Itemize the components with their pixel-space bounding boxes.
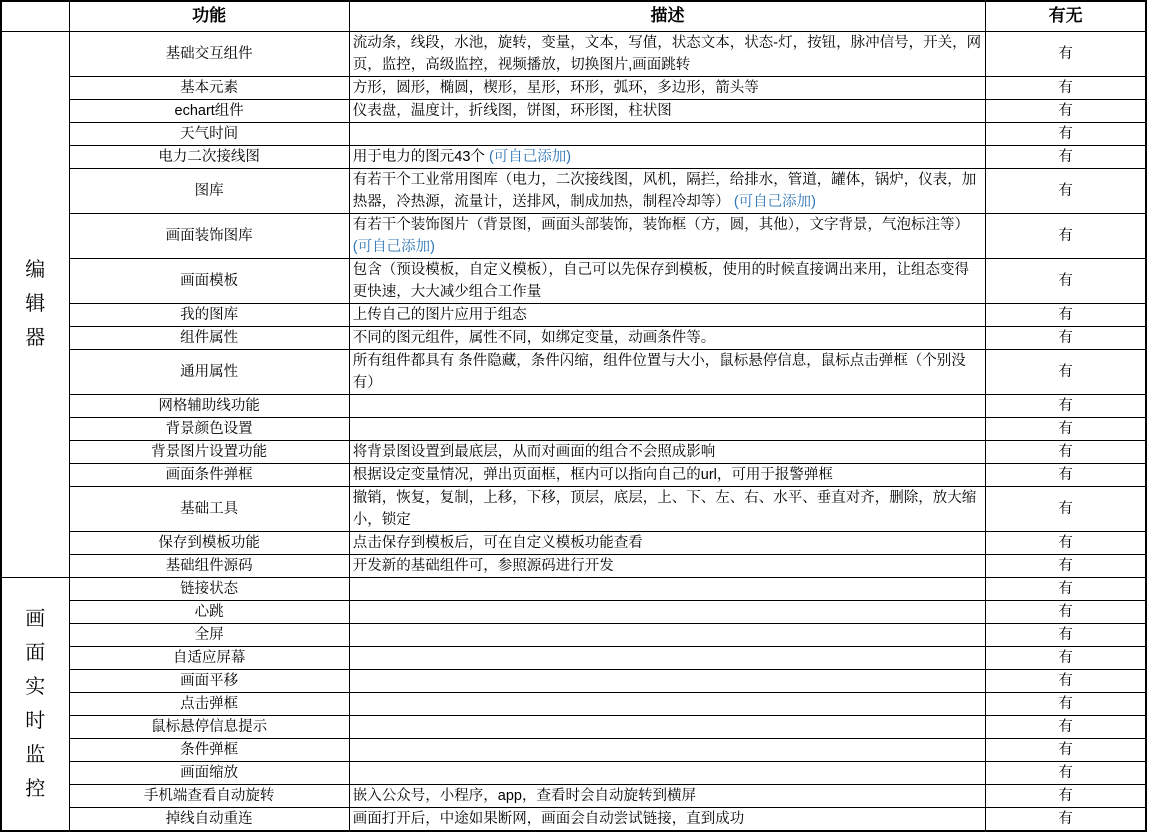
table-row: 画面实时监控链接状态 有 [1,577,1146,600]
function-cell: 画面装饰图库 [69,213,349,258]
table-row: 基本元素 方形，圆形，椭圆，楔形，星形，环形，弧环，多边形，箭头等 有 [1,76,1146,99]
table-row: 网格辅助线功能 有 [1,394,1146,417]
availability-cell: 有 [986,258,1146,303]
function-cell: 背景颜色设置 [69,417,349,440]
table-row: 掉线自动重连 画面打开后，中途如果断网，画面会自动尝试链接，直到成功 有 [1,807,1146,831]
description-cell: 上传自己的图片应用于组态 [349,303,986,326]
description-text: 包含（预设模板，自定义模板），自己可以先保存到模板，使用的时候直接调出来用，让组… [353,262,969,300]
description-cell: 方形，圆形，椭圆，楔形，星形，环形，弧环，多边形，箭头等 [349,76,986,99]
function-cell: 手机端查看自动旋转 [69,784,349,807]
table-row: 画面模板 包含（预设模板，自定义模板），自己可以先保存到模板，使用的时候直接调出… [1,258,1146,303]
header-description: 描述 [349,1,986,31]
function-cell: 点击弹框 [69,692,349,715]
table-row: 电力二次接线图 用于电力的图元43个 (可自己添加) 有 [1,145,1146,168]
function-cell: 掉线自动重连 [69,807,349,831]
function-cell: 基础工具 [69,486,349,531]
description-text: 上传自己的图片应用于组态 [353,307,527,323]
table-header: 功能 描述 有无 [1,1,1146,31]
description-text: 不同的图元组件，属性不同，如绑定变量，动画条件等。 [353,330,716,346]
description-cell [349,715,986,738]
function-cell: 画面缩放 [69,761,349,784]
availability-cell: 有 [986,692,1146,715]
table-row: 基础工具 撤销，恢复，复制，上移，下移，顶层，底层，上、下、左、右、水平、垂直对… [1,486,1146,531]
description-cell [349,577,986,600]
availability-cell: 有 [986,326,1146,349]
table-row: 组件属性 不同的图元组件，属性不同，如绑定变量，动画条件等。 有 [1,326,1146,349]
availability-cell: 有 [986,213,1146,258]
availability-cell: 有 [986,623,1146,646]
availability-cell: 有 [986,122,1146,145]
description-cell: 有若干个装饰图片（背景图，画面头部装饰，装饰框（方，圆，其他），文字背景，气泡标… [349,213,986,258]
table-row: 保存到模板功能 点击保存到模板后，可在自定义模板功能查看 有 [1,531,1146,554]
function-cell: 基础组件源码 [69,554,349,577]
table-row: 天气时间 有 [1,122,1146,145]
function-cell: 心跳 [69,600,349,623]
availability-cell: 有 [986,577,1146,600]
availability-cell: 有 [986,738,1146,761]
function-cell: 我的图库 [69,303,349,326]
group-label-cell: 编辑器 [1,31,69,577]
header-group [1,1,69,31]
table-row: 背景图片设置功能 将背景图设置到最底层，从而对画面的组合不会照成影响 有 [1,440,1146,463]
table-row: 画面平移 有 [1,669,1146,692]
function-cell: 通用属性 [69,349,349,394]
description-text: 流动条，线段，水池，旋转，变量，文本，写值，状态文本，状态-灯，按钮，脉冲信号，… [353,35,981,73]
availability-cell: 有 [986,31,1146,76]
description-text: 方形，圆形，椭圆，楔形，星形，环形，弧环，多边形，箭头等 [353,80,759,96]
description-cell: 根据设定变量情况，弹出页面框，框内可以指向自己的url，可用于报警弹框 [349,463,986,486]
table-row: 点击弹框 有 [1,692,1146,715]
table-row: 手机端查看自动旋转 嵌入公众号，小程序，app，查看时会自动旋转到横屏 有 [1,784,1146,807]
table-row: 心跳 有 [1,600,1146,623]
description-cell: 画面打开后，中途如果断网，画面会自动尝试链接，直到成功 [349,807,986,831]
description-text: 所有组件都具有 条件隐藏，条件闪缩，组件位置与大小，鼠标悬停信息，鼠标点击弹框（… [353,353,966,391]
header-availability: 有无 [986,1,1146,31]
group-label-cell: 画面实时监控 [1,577,69,831]
availability-cell: 有 [986,394,1146,417]
function-cell: 组件属性 [69,326,349,349]
description-cell: 有若干个工业常用图库（电力，二次接线图，风机，隔拦，给排水，管道，罐体，锅炉，仪… [349,168,986,213]
table-row: 自适应屏幕 有 [1,646,1146,669]
table-row: 鼠标悬停信息提示 有 [1,715,1146,738]
table-row: 画面装饰图库 有若干个装饰图片（背景图，画面头部装饰，装饰框（方，圆，其他），文… [1,213,1146,258]
availability-cell: 有 [986,715,1146,738]
description-text: 开发新的基础组件可，参照源码进行开发 [353,558,614,574]
availability-cell: 有 [986,168,1146,213]
description-cell [349,692,986,715]
function-cell: 鼠标悬停信息提示 [69,715,349,738]
availability-cell: 有 [986,76,1146,99]
availability-cell: 有 [986,99,1146,122]
table-row: 图库 有若干个工业常用图库（电力，二次接线图，风机，隔拦，给排水，管道，罐体，锅… [1,168,1146,213]
description-cell [349,600,986,623]
function-cell: 电力二次接线图 [69,145,349,168]
description-cell: 所有组件都具有 条件隐藏，条件闪缩，组件位置与大小，鼠标悬停信息，鼠标点击弹框（… [349,349,986,394]
function-cell: 背景图片设置功能 [69,440,349,463]
description-text: 用于电力的图元43个 [353,149,489,165]
description-text: 仪表盘，温度计，折线图，饼图，环形图，柱状图 [353,103,672,119]
description-cell: 仪表盘，温度计，折线图，饼图，环形图，柱状图 [349,99,986,122]
add-yourself-link[interactable]: (可自己添加) [489,149,571,165]
description-cell [349,394,986,417]
table-row: 基础组件源码 开发新的基础组件可，参照源码进行开发 有 [1,554,1146,577]
table-body: 编辑器基础交互组件 流动条，线段，水池，旋转，变量，文本，写值，状态文本，状态-… [1,31,1146,831]
description-cell [349,417,986,440]
description-cell: 流动条，线段，水池，旋转，变量，文本，写值，状态文本，状态-灯，按钮，脉冲信号，… [349,31,986,76]
add-yourself-link[interactable]: (可自己添加) [734,194,816,210]
availability-cell: 有 [986,600,1146,623]
description-text: 嵌入公众号，小程序，app，查看时会自动旋转到横屏 [353,788,696,804]
description-cell: 嵌入公众号，小程序，app，查看时会自动旋转到横屏 [349,784,986,807]
add-yourself-link[interactable]: (可自己添加) [353,239,435,255]
description-text: 将背景图设置到最底层，从而对画面的组合不会照成影响 [353,444,716,460]
availability-cell: 有 [986,349,1146,394]
description-cell: 用于电力的图元43个 (可自己添加) [349,145,986,168]
function-cell: 自适应屏幕 [69,646,349,669]
description-cell: 包含（预设模板，自定义模板），自己可以先保存到模板，使用的时候直接调出来用，让组… [349,258,986,303]
availability-cell: 有 [986,669,1146,692]
availability-cell: 有 [986,807,1146,831]
function-cell: 画面模板 [69,258,349,303]
description-text: 点击保存到模板后，可在自定义模板功能查看 [353,535,643,551]
availability-cell: 有 [986,440,1146,463]
function-cell: 链接状态 [69,577,349,600]
description-cell [349,623,986,646]
function-cell: 保存到模板功能 [69,531,349,554]
table-row: 背景颜色设置 有 [1,417,1146,440]
function-cell: 画面平移 [69,669,349,692]
description-cell [349,122,986,145]
description-cell: 点击保存到模板后，可在自定义模板功能查看 [349,531,986,554]
description-cell: 将背景图设置到最底层，从而对画面的组合不会照成影响 [349,440,986,463]
function-cell: 基本元素 [69,76,349,99]
function-cell: 画面条件弹框 [69,463,349,486]
group-label: 编辑器 [25,253,45,355]
availability-cell: 有 [986,486,1146,531]
table-row: 我的图库 上传自己的图片应用于组态 有 [1,303,1146,326]
table-row: 条件弹框 有 [1,738,1146,761]
table-row: 编辑器基础交互组件 流动条，线段，水池，旋转，变量，文本，写值，状态文本，状态-… [1,31,1146,76]
availability-cell: 有 [986,417,1146,440]
table-row: 全屏 有 [1,623,1146,646]
availability-cell: 有 [986,554,1146,577]
header-function: 功能 [69,1,349,31]
availability-cell: 有 [986,531,1146,554]
table-row: 通用属性 所有组件都具有 条件隐藏，条件闪缩，组件位置与大小，鼠标悬停信息，鼠标… [1,349,1146,394]
function-cell: echart组件 [69,99,349,122]
availability-cell: 有 [986,646,1146,669]
description-cell [349,738,986,761]
description-cell [349,761,986,784]
availability-cell: 有 [986,761,1146,784]
description-cell [349,646,986,669]
availability-cell: 有 [986,784,1146,807]
description-text: 根据设定变量情况，弹出页面框，框内可以指向自己的url，可用于报警弹框 [353,467,833,483]
description-text: 有若干个装饰图片（背景图，画面头部装饰，装饰框（方，圆，其他），文字背景，气泡标… [353,217,969,233]
feature-table: 功能 描述 有无 编辑器基础交互组件 流动条，线段，水池，旋转，变量，文本，写值… [0,0,1147,832]
table-row: 画面条件弹框 根据设定变量情况，弹出页面框，框内可以指向自己的url，可用于报警… [1,463,1146,486]
description-text: 有若干个工业常用图库（电力，二次接线图，风机，隔拦，给排水，管道，罐体，锅炉，仪… [353,172,977,210]
availability-cell: 有 [986,145,1146,168]
table-row: 画面缩放 有 [1,761,1146,784]
function-cell: 条件弹框 [69,738,349,761]
availability-cell: 有 [986,303,1146,326]
group-label: 画面实时监控 [25,602,45,806]
function-cell: 全屏 [69,623,349,646]
description-cell: 撤销，恢复，复制，上移，下移，顶层，底层，上、下、左、右、水平、垂直对齐，删除，… [349,486,986,531]
description-cell [349,669,986,692]
availability-cell: 有 [986,463,1146,486]
table-row: echart组件 仪表盘，温度计，折线图，饼图，环形图，柱状图 有 [1,99,1146,122]
description-text: 撤销，恢复，复制，上移，下移，顶层，底层，上、下、左、右、水平、垂直对齐，删除，… [353,490,977,528]
description-cell: 开发新的基础组件可，参照源码进行开发 [349,554,986,577]
header-row: 功能 描述 有无 [1,1,1146,31]
description-text: 画面打开后，中途如果断网，画面会自动尝试链接，直到成功 [353,811,745,827]
function-cell: 图库 [69,168,349,213]
function-cell: 基础交互组件 [69,31,349,76]
function-cell: 天气时间 [69,122,349,145]
description-cell: 不同的图元组件，属性不同，如绑定变量，动画条件等。 [349,326,986,349]
function-cell: 网格辅助线功能 [69,394,349,417]
